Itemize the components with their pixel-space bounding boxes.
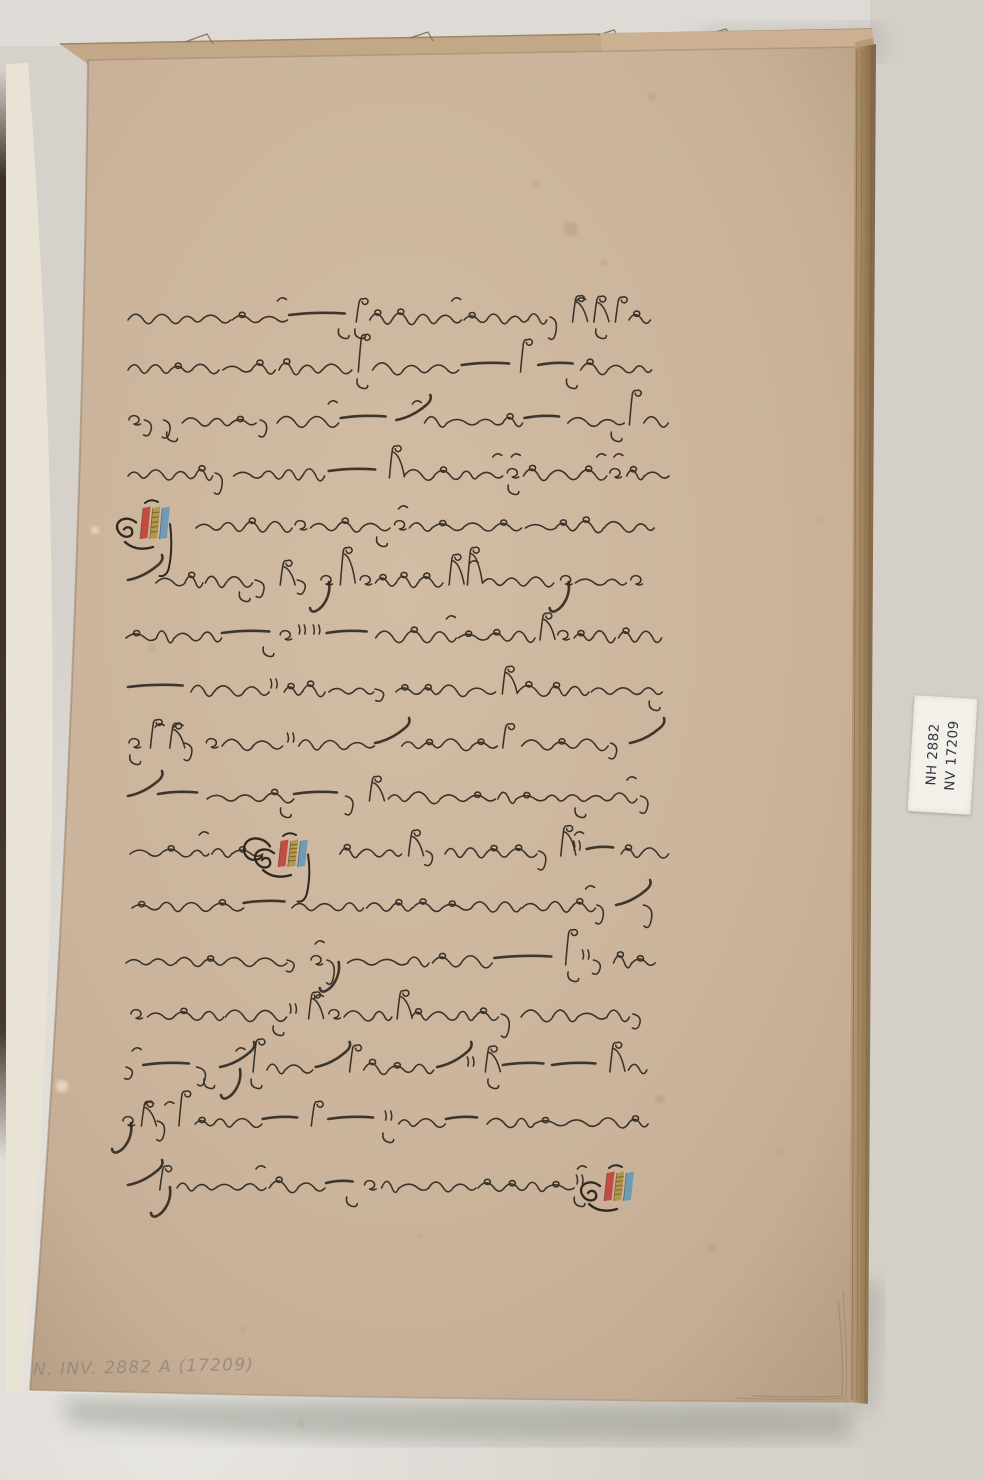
foxing-spot <box>708 1244 716 1252</box>
foxing-spot <box>777 1149 783 1155</box>
worn-spot <box>91 526 99 534</box>
foxing-spot <box>417 1233 423 1239</box>
foxing-spot <box>817 517 823 523</box>
foxing-spot <box>564 222 578 236</box>
foxing-spot <box>240 1326 246 1332</box>
sticker-text: NH 2882 NV 17209 <box>920 698 965 812</box>
foxing-spot <box>601 260 607 266</box>
foxing-spot <box>149 644 155 650</box>
photo-frame: NH 2882 NV 17209 N. INV. 2882 A (17209) <box>0 0 984 1480</box>
manuscript-photo <box>0 0 984 1480</box>
foxing-spot <box>533 181 539 187</box>
inventory-sticker: NH 2882 NV 17209 <box>908 695 978 815</box>
left-crease-shadow <box>0 70 7 1160</box>
foxing-spot <box>655 1094 665 1104</box>
foxing-spot <box>298 1421 304 1427</box>
worn-spot <box>56 1080 68 1092</box>
foxing-spot <box>648 93 656 101</box>
